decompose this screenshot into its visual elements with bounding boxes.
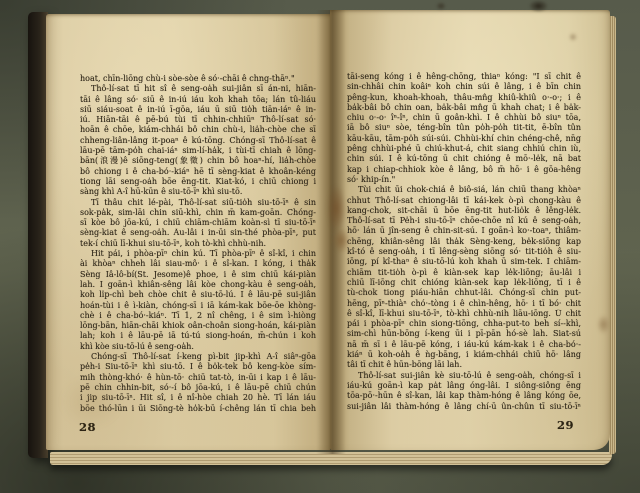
text-line: ba̍k-bâi bô chin oan, ba̍k-bâi mn̂g ū kh… xyxy=(347,103,581,113)
page-edge-stack-right xyxy=(609,16,616,454)
text-line: kang-chok, sit-chāi ū bōe ēng-tit hut-li… xyxy=(347,206,581,216)
text-line: sin-chhâi chin koâiⁿ koh chin súi ê lâng… xyxy=(347,82,581,92)
text-line: chè i ê cha-bó·-kiáⁿ. Tī 1, 2 nî chêng, … xyxy=(80,311,316,321)
text-line: chiām tit-tio̍h ò-pì ê kiàn-sek kap le̍k… xyxy=(347,268,581,278)
text-line: hoán-tùi i ê ì-kiàn, chóng-sī i iā kám-k… xyxy=(80,301,316,311)
text-line: pe̍h-i Siu-tō-īⁿ khì siu-tō. I ê bo̍k-te… xyxy=(80,362,316,372)
book-gutter-shadow xyxy=(316,10,346,454)
text-line: Thô-lí-sat tī Pe̍h-i siu-tō-īⁿ chōe-chōe… xyxy=(347,216,581,226)
paragraph: hoat, chīn-liōng chù-i sòe-sòe ê só·-chā… xyxy=(80,74,316,84)
text-line: sok-pa̍k, sim-lāi chin siū-khì, chin m̄ … xyxy=(80,208,316,218)
text-line: sui-jiân lâi thàm-hóng ê lâng chí-ū ûn-c… xyxy=(347,402,581,412)
text-line: Sèng Iâ-lô-bí(St. Jesome)ê phoe, i ê sim… xyxy=(80,270,316,280)
text-line: chiu o·-o· îⁿ-îⁿ, chin ū goân-khì. I ê c… xyxy=(347,113,581,123)
text-line: kî-tó ê seng-oa̍h, i tī lêng-sèng siōng … xyxy=(347,247,581,257)
text-line: nā m̄ sī i ê lāu-pē kóng, i iáu-kú kám-k… xyxy=(347,340,581,350)
text-line: chin súi. I ê kú-tōng ū chit chióng ê mō… xyxy=(347,154,581,164)
left-page-text: hoat, chīn-liōng chù-i sòe-sòe ê só·-chā… xyxy=(80,74,316,414)
photo-background: hoat, chīn-liōng chù-i sòe-sòe ê só·-chā… xyxy=(0,0,640,493)
page-number-left: 28 xyxy=(79,420,96,434)
text-line: Tī thâu chit lé-pài, Thô-lí-sat siū-tio̍… xyxy=(80,198,316,208)
text-line: ê sî-kî, lī-khui siu-tō-īⁿ, tò-khì chhù-… xyxy=(347,309,581,319)
paragraph: Tī thâu chit lé-pài, Thô-lí-sat siū-tio̍… xyxy=(80,198,316,249)
text-line: iōng, pí kî-thaⁿ ê siu-tō-lú koh khah ū … xyxy=(347,257,581,267)
text-line: ài khòaⁿ chheh lâi siau-mô· i ê sî-kan. … xyxy=(80,259,316,269)
text-line: hoān ê chōe, kiám-chhái bô chin chù-i, l… xyxy=(80,125,316,135)
text-line: iáu-kú goān-ì kap pa̍t lâng óng-lâi. I s… xyxy=(347,381,581,391)
text-line: tāi ê lâng só· siū ê in-iú iáu koh khah … xyxy=(80,95,316,105)
text-line: tù-chok tiong piáu-hiān chhut-lâi. Chóng… xyxy=(347,288,581,298)
text-line: chiū lī-iōng chit chióng kiàn-sek kap le… xyxy=(347,278,581,288)
text-line: só· khip-ín." xyxy=(347,175,581,185)
text-line: iā bô siuⁿ sòe, téng-bîn tûn po̍h-po̍h t… xyxy=(347,123,581,133)
text-line: tāi-seng kóng i ê hêng-chōng, thiaⁿ kóng… xyxy=(347,72,581,82)
right-page-text: tāi-seng kóng i ê hêng-chōng, thiaⁿ kóng… xyxy=(347,72,581,412)
text-line: hō· lán ū jîn-seng ê chin-sit-sú. I goān… xyxy=(347,226,581,236)
paragraph: Hit pái, i phòa-pīⁿ chin kú. Tī phòa-pīⁿ… xyxy=(80,249,316,352)
text-line: kiáⁿ ū koh-oa̍h ê ǹg-bāng, i kiám-chhái … xyxy=(347,350,581,360)
text-line: sèng-kiat ê seng-oa̍h. Āu-lâi i in-ūi si… xyxy=(80,228,316,238)
text-line: hēng, pīⁿ-thiàⁿ chó·-tòng i ê chìn-hêng,… xyxy=(347,299,581,309)
book-cover-edge xyxy=(28,12,48,458)
text-line: lāu-pē tām-po̍h chai-iáⁿ sim-lí-ha̍k, i … xyxy=(80,146,316,156)
text-line: pē chin chhin-bit, só·-í bô jōa-kú, i ê … xyxy=(80,383,316,393)
text-line: Thô-lí-sat tī hit sî ê seng-oa̍h sui-jiâ… xyxy=(80,84,316,94)
text-line: Hit pái, i phòa-pīⁿ chin kú. Tī phòa-pīⁿ… xyxy=(80,249,316,259)
text-line: iú. Hiān-tāi ê pē-bú tùi tī chhin-chhiūⁿ… xyxy=(80,115,316,125)
paragraph: Chóng-sī Thô-lí-sat í-keng pì-bit jip-kh… xyxy=(80,352,316,414)
text-line: chhut Thô-lí-sat chiong-lâi tī kái-kek ò… xyxy=(347,196,581,206)
text-line: lōng-bān, hiān-chāi khiok oân-choân sion… xyxy=(80,321,316,331)
paragraph: Tùi chit ūi chok-chiá ê biô-siá, lán chi… xyxy=(347,185,581,370)
text-line: kāu-kāu, tām-po̍h súi-súi. Chhùi-khí chi… xyxy=(347,134,581,144)
text-line: tiong lāi seng-oa̍h bōe ēng-tit. Kiat-kó… xyxy=(80,177,316,187)
page-number-right: 29 xyxy=(544,418,574,432)
text-line: khì kòe siu-tō-lú ê seng-oa̍h. xyxy=(80,342,316,352)
text-line: koh li̍p-chì beh chòe chit ê siu-tō-lú. … xyxy=(80,290,316,300)
text-line: pái i phòa-pīⁿ chin siong-tiōng, chha-pu… xyxy=(347,319,581,329)
text-line: tōa-pō·-hūn ê sî-kan, lâi kap thàm-hóng … xyxy=(347,391,581,401)
text-line: sim-chì hūn-bōng í-keng ūi i pī-pān hó-s… xyxy=(347,329,581,339)
text-line: siū siáu-soat ê in-iú ī-gōa, iáu ū siū t… xyxy=(80,105,316,115)
text-line: chheng-liân-lâng it-poaⁿ ê kú-tōng. Chón… xyxy=(80,136,316,146)
text-line: lah. I goān-ì khiân-sêng lâi kòe chong-k… xyxy=(80,280,316,290)
text-line: Chóng-sī Thô-lí-sat í-keng pì-bit jip-kh… xyxy=(80,352,316,362)
paragraph: tāi-seng kóng i ê hêng-chōng, thiaⁿ kóng… xyxy=(347,72,581,185)
text-line: Thô-lí-sat sui-jiân kè siu-tō-lú ê seng-… xyxy=(347,371,581,381)
text-line: sī kòe bô jōa-kú, i chiū chiām-chiām koà… xyxy=(80,218,316,228)
text-line: lah; koh i ê lāu-pē iā tú-tú siong-hoán,… xyxy=(80,331,316,341)
text-line: kap i chiap-chhiok kòe ê lâng, bô m̄ hō·… xyxy=(347,165,581,175)
text-line: tâi tī chit ê hūn-bōng lāi lah. xyxy=(347,360,581,370)
paragraph: Thô-lí-sat sui-jiân kè siu-tō-lú ê seng-… xyxy=(347,371,581,412)
text-line: pêng chhùi-phé ū chiú-khut-á, chit siang… xyxy=(347,144,581,154)
text-line: bōe thó-lūn i ūi Siōng-tè ho̍k-bū í-chên… xyxy=(80,404,316,414)
text-line: pêng-kun, khoah-khoah, thâu-mn̂g khiû-kh… xyxy=(347,93,581,103)
text-line: Tùi chit ūi chok-chiá ê biô-siá, lán chi… xyxy=(347,185,581,195)
text-line: sàng khì A-î hū-kūn ê siu-tō-īⁿ khì siu-… xyxy=(80,187,316,197)
paragraph: Thô-lí-sat tī hit sî ê seng-oa̍h sui-jiâ… xyxy=(80,84,316,197)
text-line: chēng, khiân-sêng lâi tha̍k Sèng-keng, b… xyxy=(347,237,581,247)
text-line: bô chiong i ê cha-bó·-kiáⁿ hē tī sèng-ki… xyxy=(80,167,316,177)
text-line: i jip siu-tō-īⁿ. Hit sî, i ê nî-hòe chia… xyxy=(80,393,316,403)
text-line: hoat, chīn-liōng chù-i sòe-sòe ê só·-chā… xyxy=(80,74,316,84)
text-line: mih thòng-khó· ê hùn-tō· chiū tat-tò, in… xyxy=(80,373,316,383)
text-line: tek-í chiū lī-khui siu-tō-īⁿ, koh tò-khì… xyxy=(80,239,316,249)
text-line: bān(浪漫)ê siōng-teng(象徵) chin bô hoaⁿ-hí,… xyxy=(80,156,316,166)
